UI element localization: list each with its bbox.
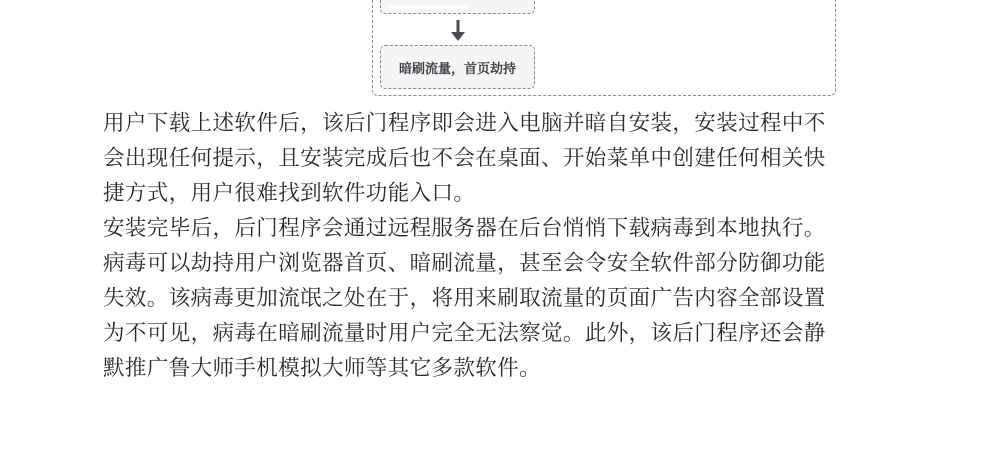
arrow-down-icon: [451, 20, 465, 42]
flowchart-node-hijack-label: 暗刷流量，首页劫持: [399, 58, 516, 77]
node-inner-stub: [389, 5, 469, 9]
article-body: 用户下载上述软件后，该后门程序即会进入电脑并暗自安装，安装过程中不会出现任何提示…: [103, 106, 843, 386]
flowchart-node-previous: [380, 0, 535, 14]
flowchart-node-hijack: 暗刷流量，首页劫持: [380, 45, 535, 89]
paragraph-install: 用户下载上述软件后，该后门程序即会进入电脑并暗自安装，安装过程中不会出现任何提示…: [103, 106, 843, 211]
paragraph-behavior: 安装完毕后，后门程序会通过远程服务器在后台悄悄下载病毒到本地执行。病毒可以劫持用…: [103, 211, 843, 386]
